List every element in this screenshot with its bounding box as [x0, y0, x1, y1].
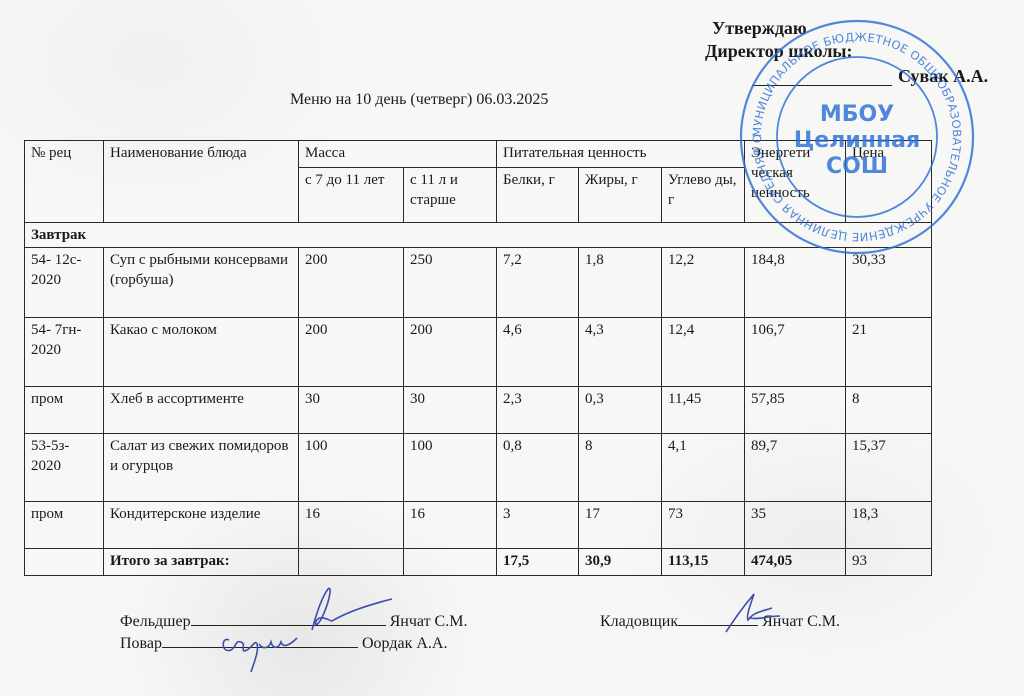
feldsher-sign-blank: [191, 611, 386, 626]
cell-mass-11-plus: 30: [404, 387, 497, 434]
header-recipe-no: № рец: [25, 141, 104, 223]
header-carbs: Углево ды, г: [662, 168, 745, 223]
cell-total-empty: [299, 549, 404, 576]
total-protein: 17,5: [497, 549, 579, 576]
header-nutrition: Питательная ценность: [497, 141, 745, 168]
storekeeper-role: Кладовщик: [600, 613, 678, 630]
table-row: 53-5з- 2020 Салат из свежих помидоров и …: [25, 434, 932, 502]
cell-energy: 35: [745, 502, 846, 549]
header-row: № рец Наименование блюда Масса Питательн…: [25, 141, 932, 168]
cell-fat: 4,3: [579, 318, 662, 387]
header-energy: Энергети ческая ценность: [745, 141, 846, 223]
header-price: Цена: [846, 141, 932, 223]
table-row: пром Хлеб в ассортименте 30 30 2,3 0,3 1…: [25, 387, 932, 434]
cell-name: Хлеб в ассортименте: [104, 387, 299, 434]
cell-mass-7-11: 100: [299, 434, 404, 502]
cell-price: 21: [846, 318, 932, 387]
cell-carbs: 12,2: [662, 248, 745, 318]
cell-fat: 17: [579, 502, 662, 549]
approval-title: Утверждаю: [712, 17, 807, 39]
cell-name: Кондитерсконе изделие: [104, 502, 299, 549]
approval-signature-line: [752, 85, 892, 86]
cell-energy: 106,7: [745, 318, 846, 387]
table-row: пром Кондитерсконе изделие 16 16 3 17 73…: [25, 502, 932, 549]
cell-name: Салат из свежих помидоров и огурцов: [104, 434, 299, 502]
cell-protein: 3: [497, 502, 579, 549]
cell-recipe: пром: [25, 502, 104, 549]
cell-energy: 57,85: [745, 387, 846, 434]
header-mass-7-11: с 7 до 11 лет: [299, 168, 404, 223]
total-row: Итого за завтрак: 17,5 30,9 113,15 474,0…: [25, 549, 932, 576]
approval-name: Сувак А.А.: [898, 65, 988, 87]
cell-carbs: 4,1: [662, 434, 745, 502]
cell-carbs: 73: [662, 502, 745, 549]
header-mass-11-plus: с 11 л и старше: [404, 168, 497, 223]
cell-price: 15,37: [846, 434, 932, 502]
cell-mass-11-plus: 16: [404, 502, 497, 549]
header-protein: Белки, г: [497, 168, 579, 223]
section-breakfast: Завтрак: [25, 223, 932, 248]
total-fat: 30,9: [579, 549, 662, 576]
cell-recipe: 54- 7гн- 2020: [25, 318, 104, 387]
cell-protein: 7,2: [497, 248, 579, 318]
storekeeper-sign-blank: [678, 611, 758, 626]
total-energy: 474,05: [745, 549, 846, 576]
cell-price: 18,3: [846, 502, 932, 549]
cell-fat: 0,3: [579, 387, 662, 434]
cell-mass-7-11: 30: [299, 387, 404, 434]
cell-protein: 2,3: [497, 387, 579, 434]
document-title: Меню на 10 день (четверг) 06.03.2025: [290, 91, 548, 109]
cell-name: Суп с рыбными консервами (горбуша): [104, 248, 299, 318]
header-dish-name: Наименование блюда: [104, 141, 299, 223]
storekeeper-name: Янчат С.М.: [762, 613, 840, 630]
cell-mass-7-11: 200: [299, 248, 404, 318]
cell-carbs: 11,45: [662, 387, 745, 434]
signature-cook: Повар Оордак А.А.: [120, 633, 447, 654]
total-price: 93: [846, 549, 932, 576]
cell-protein: 0,8: [497, 434, 579, 502]
signature-feldsher: Фельдшер Янчат С.М.: [120, 611, 467, 632]
cook-sign-blank: [162, 633, 358, 648]
stamp-line-1: МБОУ: [820, 102, 894, 127]
table-row: 54- 7гн- 2020 Какао с молоком 200 200 4,…: [25, 318, 932, 387]
cell-protein: 4,6: [497, 318, 579, 387]
total-carbs: 113,15: [662, 549, 745, 576]
cell-price: 8: [846, 387, 932, 434]
cell-total-empty: [25, 549, 104, 576]
header-fat: Жиры, г: [579, 168, 662, 223]
cell-fat: 8: [579, 434, 662, 502]
cook-role: Повар: [120, 635, 162, 652]
cell-mass-11-plus: 250: [404, 248, 497, 318]
cell-recipe: пром: [25, 387, 104, 434]
cook-name: Оордак А.А.: [362, 635, 447, 652]
cell-mass-7-11: 16: [299, 502, 404, 549]
cell-energy: 89,7: [745, 434, 846, 502]
total-label: Итого за завтрак:: [104, 549, 299, 576]
header-mass: Масса: [299, 141, 497, 168]
approval-role: Директор школы:: [705, 40, 852, 62]
cell-carbs: 12,4: [662, 318, 745, 387]
section-row: Завтрак: [25, 223, 932, 248]
cell-total-empty: [404, 549, 497, 576]
feldsher-role: Фельдшер: [120, 613, 191, 630]
cell-price: 30,33: [846, 248, 932, 318]
signature-storekeeper: Кладовщик Янчат С.М.: [600, 611, 840, 632]
cell-energy: 184,8: [745, 248, 846, 318]
menu-table: № рец Наименование блюда Масса Питательн…: [24, 140, 932, 576]
cell-recipe: 53-5з- 2020: [25, 434, 104, 502]
cell-mass-11-plus: 100: [404, 434, 497, 502]
table-row: 54- 12с- 2020 Суп с рыбными консервами (…: [25, 248, 932, 318]
cell-recipe: 54- 12с- 2020: [25, 248, 104, 318]
feldsher-name: Янчат С.М.: [390, 613, 468, 630]
cell-fat: 1,8: [579, 248, 662, 318]
cell-name: Какао с молоком: [104, 318, 299, 387]
cell-mass-7-11: 200: [299, 318, 404, 387]
cell-mass-11-plus: 200: [404, 318, 497, 387]
